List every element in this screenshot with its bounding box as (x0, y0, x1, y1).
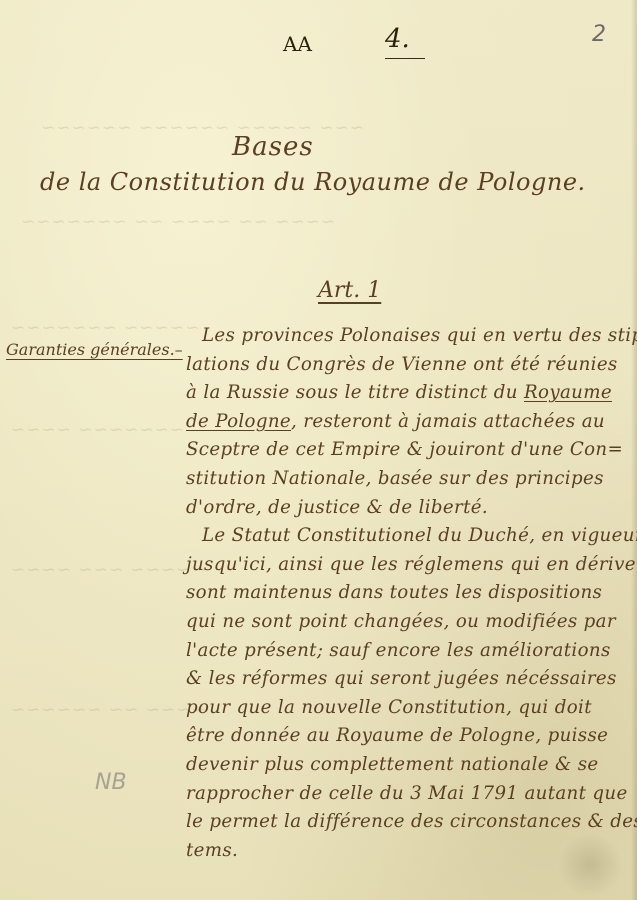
manuscript-page: ~~~ ~~~~~ ~~~~~~ ~~~~~~ ~~~~ ~~ ~~~~ ~~ … (0, 0, 637, 900)
body-line: d'ordre, de justice & de liberté. (186, 494, 634, 523)
body-line: sont maintenus dans toutes les dispositi… (186, 579, 634, 608)
body-line: de Pologne, resteront à jamais attachées… (186, 408, 634, 437)
article-body: Les provinces Polonaises qui en vertu de… (186, 322, 634, 865)
body-line: stitution Nationale, basée sur des princ… (186, 465, 634, 494)
pencil-margin-mark: NB (95, 770, 127, 795)
article-heading: Art. 1 (318, 278, 381, 303)
margin-note: Garanties générales.– (6, 340, 183, 359)
body-line: devenir plus complettement nationale & s… (186, 751, 634, 780)
body-line: Le Statut Constitutionel du Duché, en vi… (186, 522, 634, 551)
monogram: AA (283, 32, 312, 56)
body-line: qui ne sont point changées, ou modifiées… (186, 608, 634, 637)
body-line: le permet la différence des circonstance… (186, 808, 634, 837)
bleed-through-text: ~~~~~~~ ~~~~ (10, 420, 184, 440)
bleed-through-text: ~~~~ ~~ ~~~~~~ (10, 700, 206, 720)
title-line-1: Bases (232, 132, 314, 162)
folio-number: 4. (385, 24, 410, 54)
body-line-text: à la Russie sous le titre distinct du (186, 382, 524, 403)
title-line-2: de la Constitution du Royaume de Pologne… (40, 168, 586, 196)
body-line: lations du Congrès de Vienne ont été réu… (186, 351, 634, 380)
body-line: tems. (186, 837, 634, 866)
bleed-through-text: ~~~~~ ~~~~~~~ (10, 318, 199, 338)
body-line: Sceptre de cet Empire & jouiront d'une C… (186, 436, 634, 465)
body-line: l'acte présent; sauf encore les améliora… (186, 637, 634, 666)
body-line-text: , resteront à jamais attachées au (291, 411, 605, 432)
folio-underline (385, 58, 425, 59)
bleed-through-text: ~~~~ ~~ ~~~~ ~~ ~~~~~~~ (20, 212, 335, 232)
bleed-through-text: ~~~ ~~~~~ ~~~~~~ ~~~~~~ (40, 118, 364, 138)
body-line: rapprocher de celle du 3 Mai 1791 autant… (186, 780, 634, 809)
body-line: pour que la nouvelle Constitution, qui d… (186, 694, 634, 723)
body-line: Les provinces Polonaises qui en vertu de… (186, 322, 634, 351)
body-line: & les réformes qui seront jugées nécéssa… (186, 665, 634, 694)
bleed-through-text: ~~~~~ ~~~ ~~~~ (10, 560, 206, 580)
underlined-de-pologne: de Pologne (186, 411, 291, 432)
body-line: être donnée au Royaume de Pologne, puiss… (186, 722, 634, 751)
underlined-royaume: Royaume (524, 382, 612, 403)
body-line: à la Russie sous le titre distinct du Ro… (186, 379, 634, 408)
body-line: jusqu'ici, ainsi que les réglemens qui e… (186, 551, 634, 580)
page-number: 2 (592, 22, 606, 47)
